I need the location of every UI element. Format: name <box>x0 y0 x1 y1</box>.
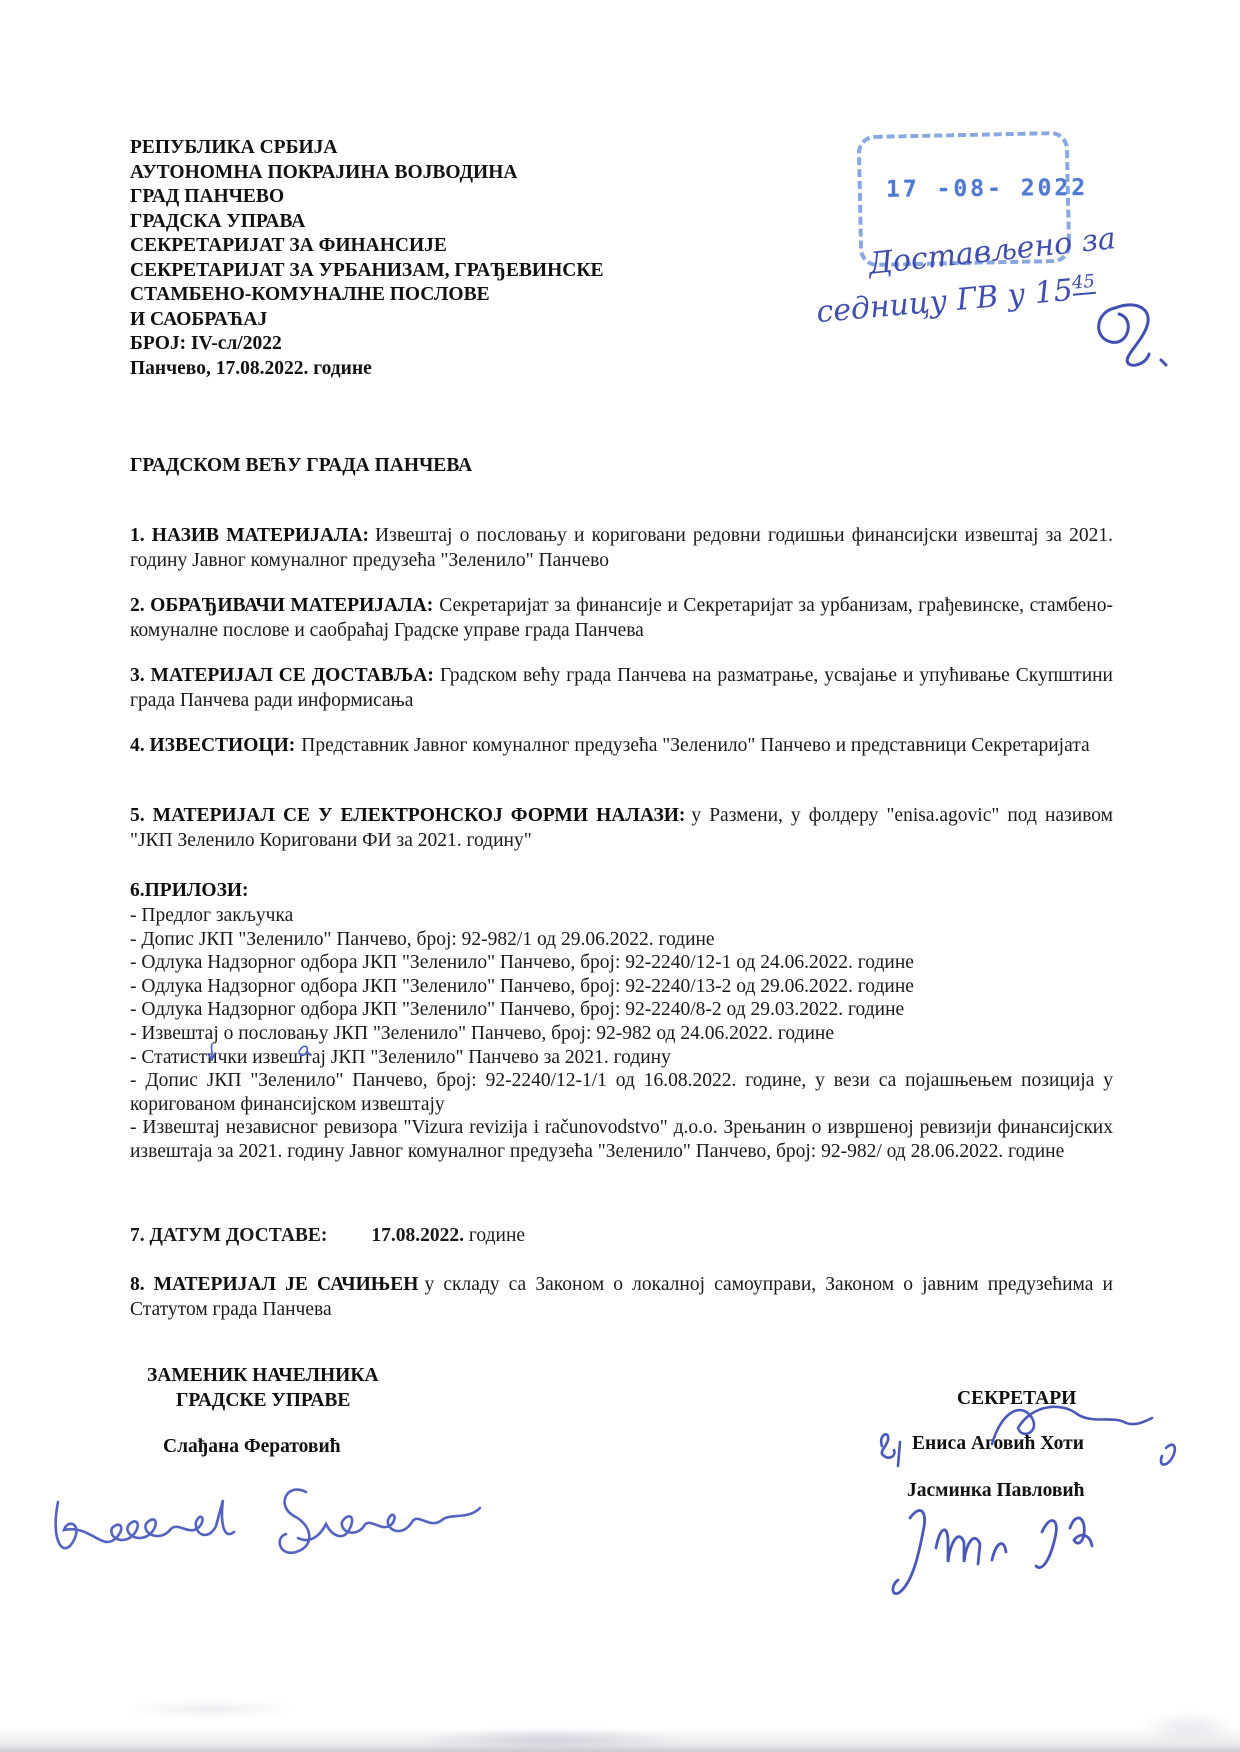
signature-pavlovic <box>890 1498 1124 1602</box>
attachment-item: - Статистички извештај ЈКП "Зеленило" Па… <box>130 1046 1113 1070</box>
section-1: 1. НАЗИВ МАТЕРИЈАЛА:Извештај о пословању… <box>130 523 1113 573</box>
section-5: 5. МАТЕРИЈАЛ СЕ У ЕЛЕКТРОНСКОЈ ФОРМИ НАЛ… <box>130 803 1113 853</box>
letterhead-line: СТАМБЕНО-КОМУНАЛНЕ ПОСЛОВЕ <box>130 283 603 308</box>
place-and-date: Панчево, 17.08.2022. године <box>130 357 603 382</box>
attachments-list: - Предлог закључка - Допис ЈКП "Зеленило… <box>130 904 1113 1164</box>
letterhead-line: СЕКРЕТАРИЈАТ ЗА ФИНАНСИЈЕ <box>130 234 603 259</box>
letterhead-line: И САОБРАЋАЈ <box>130 308 603 333</box>
delivery-date-line: 7. ДАТУМ ДОСТАВЕ:17.08.2022. године <box>130 1225 525 1247</box>
delivery-date-label: 7. ДАТУМ ДОСТАВЕ: <box>130 1225 327 1246</box>
attachment-item: - Допис ЈКП "Зеленило" Панчево, број: 92… <box>130 1069 1113 1116</box>
deputy-chief-title-line1: ЗАМЕНИК НАЧЕЛНИКА <box>147 1365 379 1387</box>
recipient-title: ГРАДСКОМ ВЕЋУ ГРАДА ПАНЧЕВА <box>130 455 472 477</box>
stamp-handwriting-line2-main: седницу ГВ у 15 <box>815 273 1074 330</box>
attachment-item: - Допис ЈКП "Зеленило" Панчево, број: 92… <box>130 928 1113 952</box>
section-2-label: 2. ОБРАЂИВАЧИ МАТЕРИЈАЛА: <box>130 595 433 616</box>
section-8: 8. МАТЕРИЈАЛ ЈЕ САЧИЊЕНу складу са Закон… <box>130 1272 1113 1322</box>
attachment-item: - Одлука Надзорног одбора ЈКП "Зеленило"… <box>130 951 1113 975</box>
attachment-item: - Предлог закључка <box>130 904 1113 928</box>
received-stamp-date: 17 -08- 2022 <box>886 175 1046 202</box>
section-4-label: 4. ИЗВЕСТИОЦИ: <box>130 735 295 756</box>
letterhead: РЕПУБЛИКА СРБИЈА АУТОНОМНА ПОКРАЈИНА ВОЈ… <box>130 136 603 381</box>
ink-mark <box>205 1042 219 1062</box>
delivery-date-suffix: године <box>464 1225 525 1246</box>
section-1-label: 1. НАЗИВ МАТЕРИЈАЛА: <box>130 525 369 546</box>
letterhead-line: ГРАДСКА УПРАВА <box>130 210 603 235</box>
deputy-chief-title-line2: ГРАДСКЕ УПРАВЕ <box>176 1390 350 1412</box>
stamp-handwriting-superscript: 45 <box>1071 271 1096 296</box>
attachment-item: - Одлука Надзорног одбора ЈКП "Зеленило"… <box>130 998 1113 1022</box>
section-3: 3. МАТЕРИЈАЛ СЕ ДОСТАВЉА:Градском већу г… <box>130 663 1113 713</box>
signature-feratovic <box>48 1476 484 1588</box>
deputy-chief-name: Слађана Фератовић <box>163 1436 341 1458</box>
letterhead-line: РЕПУБЛИКА СРБИЈА <box>130 136 603 161</box>
letterhead-line: АУТОНОМНА ПОКРАЈИНА ВОЈВОДИНА <box>130 161 603 186</box>
stamp-handwriting-line2: седницу ГВ у 1545 <box>815 271 1097 330</box>
letterhead-line: ГРАД ПАНЧЕВО <box>130 185 603 210</box>
ink-mark <box>296 1042 312 1058</box>
letterhead-line: СЕКРЕТАРИЈАТ ЗА УРБАНИЗАМ, ГРАЂЕВИНСКЕ <box>130 259 603 284</box>
section-2: 2. ОБРАЂИВАЧИ МАТЕРИЈАЛА:Секретаријат за… <box>130 593 1113 643</box>
scan-smudge <box>1140 1712 1240 1742</box>
document-number: БРОЈ: IV-сл/2022 <box>130 332 603 357</box>
section-8-label: 8. МАТЕРИЈАЛ ЈЕ САЧИЊЕН <box>130 1274 418 1295</box>
attachment-item: - Извештај независног ревизора "Vizura r… <box>130 1116 1113 1163</box>
scan-smudge <box>120 1700 300 1718</box>
section-4-text: Представник Јавног комуналног предузећа … <box>301 735 1089 756</box>
section-3-label: 3. МАТЕРИЈАЛ СЕ ДОСТАВЉА: <box>130 665 434 686</box>
delivery-date-value: 17.08.2022. <box>371 1225 464 1246</box>
attachments-heading: 6.ПРИЛОЗИ: <box>130 880 249 902</box>
signature-agovic-hoti <box>872 1398 1188 1490</box>
attachment-item: - Одлука Надзорног одбора ЈКП "Зеленило"… <box>130 975 1113 999</box>
section-4: 4. ИЗВЕСТИОЦИ:Представник Јавног комунал… <box>130 733 1113 758</box>
clerk-initials-flourish <box>1085 298 1177 372</box>
section-5-label: 5. МАТЕРИЈАЛ СЕ У ЕЛЕКТРОНСКОЈ ФОРМИ НАЛ… <box>130 805 685 826</box>
scan-smudge <box>420 1728 680 1750</box>
attachment-item: - Извештај о пословању ЈКП "Зеленило" Па… <box>130 1022 1113 1046</box>
